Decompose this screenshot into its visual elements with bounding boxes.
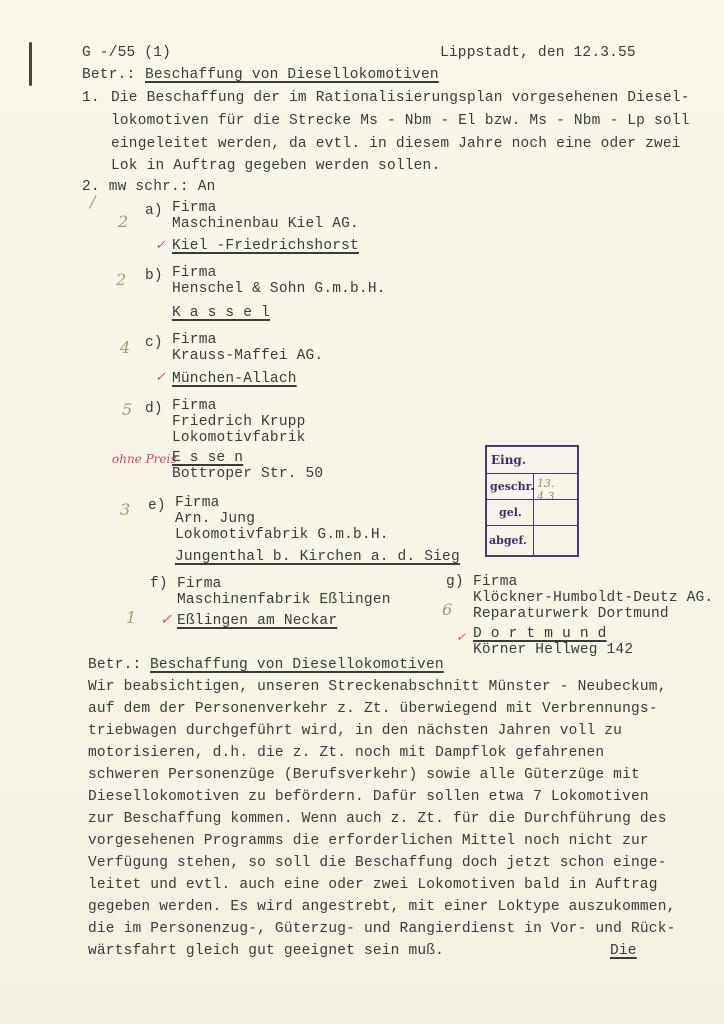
recipient-line: Firma <box>177 576 222 592</box>
recipient-letter: b) <box>145 265 163 287</box>
item1-line: Lok in Auftrag gegeben werden sollen. <box>111 155 440 177</box>
recipient-city: München-Allach <box>172 368 297 390</box>
handwritten-mark: 1 <box>126 608 136 627</box>
body-line: Verfügung stehen, so soll die Beschaffun… <box>88 852 667 874</box>
recipient-line: Maschinenbau Kiel AG. <box>172 216 359 232</box>
subject-title: Beschaffung von Diesellokomotiven <box>145 64 439 86</box>
body-line: Diesellokomotiven zu befördern. Dafür so… <box>88 786 649 808</box>
recipient-line: Firma <box>172 200 217 216</box>
recipient-line: Friedrich Krupp <box>172 414 306 430</box>
recipient-city: Kiel -Friedrichshorst <box>172 235 359 257</box>
recipient-street: Bottroper Str. 50 <box>172 466 323 482</box>
item1-line: Die Beschaffung der im Rationalisierungs… <box>111 87 690 109</box>
subject-title: Beschaffung von Diesellokomotiven <box>150 654 444 676</box>
body-line: leitet und evtl. auch eine oder zwei Lok… <box>88 874 658 896</box>
item1-line: lokomotiven für die Strecke Ms - Nbm - E… <box>111 110 690 132</box>
document-page: G -/55 (1) Lippstadt, den 12.3.55 Betr.:… <box>0 0 724 1024</box>
recipient-line: Klöckner-Humboldt-Deutz AG. <box>473 590 713 606</box>
handwritten-mark: 5 <box>122 400 132 419</box>
recipient-street: Körner Hellweg 142 <box>473 642 633 658</box>
stamp-gel-label: gel. <box>499 506 522 519</box>
item1-line: eingeleitet werden, da evtl. in diesem J… <box>111 133 681 155</box>
recipient-line: Arn. Jung <box>175 511 255 527</box>
stamp-geschr-label: geschr. <box>490 480 534 493</box>
recipient-line: Lokomotivfabrik <box>172 430 306 446</box>
red-check-icon: ✓ <box>456 630 466 644</box>
recipient-city: Jungenthal b. Kirchen a. d. Sieg <box>175 546 460 568</box>
recipient-line: Firma <box>175 495 220 511</box>
item1-number: 1. <box>82 87 100 109</box>
recipient-line: Firma <box>172 398 217 414</box>
recipient-letter: a) <box>145 200 163 222</box>
recipient-letter: c) <box>145 332 163 354</box>
reference-number: G -/55 (1) <box>82 42 171 64</box>
handwritten-mark: 2 <box>118 212 128 231</box>
recipient-letter: d) <box>145 398 163 420</box>
margin-bracket-mark <box>29 42 32 86</box>
subject-label: Betr.: <box>88 654 141 676</box>
handwritten-mark: 4 <box>120 338 130 357</box>
body-line: auf dem der Personenverkehr z. Zt. überw… <box>88 698 658 720</box>
receipt-stamp: Eing. geschr. 13. 4.3. gel. abgef. <box>485 445 579 557</box>
place-date: Lippstadt, den 12.3.55 <box>440 42 636 64</box>
recipient-line: Krauss-Maffei AG. <box>172 348 323 364</box>
recipient-letter: g) <box>446 574 464 590</box>
recipient-letter: f) <box>150 576 168 592</box>
recipient-letter: e) <box>148 495 166 517</box>
recipient-line: Firma <box>172 265 217 281</box>
red-check-icon: ✓ <box>155 370 166 385</box>
body-line: vorgesehenen Programms die erforderliche… <box>88 830 649 852</box>
body-line: motorisieren, d.h. die z. Zt. noch mit D… <box>88 742 604 764</box>
handwritten-mark: 3 <box>120 500 130 519</box>
recipient-city: Eßlingen am Neckar <box>177 610 337 632</box>
stamp-eing-label: Eing. <box>491 453 526 467</box>
body-line: Wir beabsichtigen, unseren Streckenabsch… <box>88 676 667 698</box>
red-handwritten-note: ohne Preis <box>112 452 177 466</box>
recipient-city: K a s s e l <box>172 302 270 324</box>
recipient-line: Firma <box>172 332 217 348</box>
body-line: schweren Personenzüge (Berufsverkehr) so… <box>88 764 640 786</box>
handwritten-check: / <box>90 192 95 211</box>
subject-label: Betr.: <box>82 64 135 86</box>
item2-intro: 2. mw schr.: An <box>82 176 216 198</box>
recipient-line: Firma <box>473 574 518 590</box>
body-line: zur Beschaffung kommen. Wenn auch z. Zt.… <box>88 808 667 830</box>
recipient-line: Maschinenfabrik Eßlingen <box>177 592 391 608</box>
recipient-line: Henschel & Sohn G.m.b.H. <box>172 281 386 297</box>
body-line: gegeben werden. Es wird angestrebt, mit … <box>88 896 676 918</box>
recipient-city: D o r t m u n d <box>473 626 607 642</box>
recipient-line: Reparaturwerk Dortmund <box>473 606 669 622</box>
body-line: wärtsfahrt gleich gut geeignet sein muß. <box>88 940 444 962</box>
body-line: die im Personenzug-, Güterzug- und Rangi… <box>88 918 676 940</box>
handwritten-mark: 6 <box>442 600 452 619</box>
red-check-icon: ✓ <box>155 238 166 253</box>
body-line: triebwagen durchgeführt wird, in den näc… <box>88 720 622 742</box>
continuation-word: Die <box>610 940 637 962</box>
handwritten-mark: 2 <box>116 270 126 289</box>
stamp-abgef-label: abgef. <box>489 534 527 547</box>
recipient-line: Lokomotivfabrik G.m.b.H. <box>175 527 389 543</box>
red-check-icon: ✓ <box>160 612 172 628</box>
recipient-city: E s se n <box>172 450 243 466</box>
